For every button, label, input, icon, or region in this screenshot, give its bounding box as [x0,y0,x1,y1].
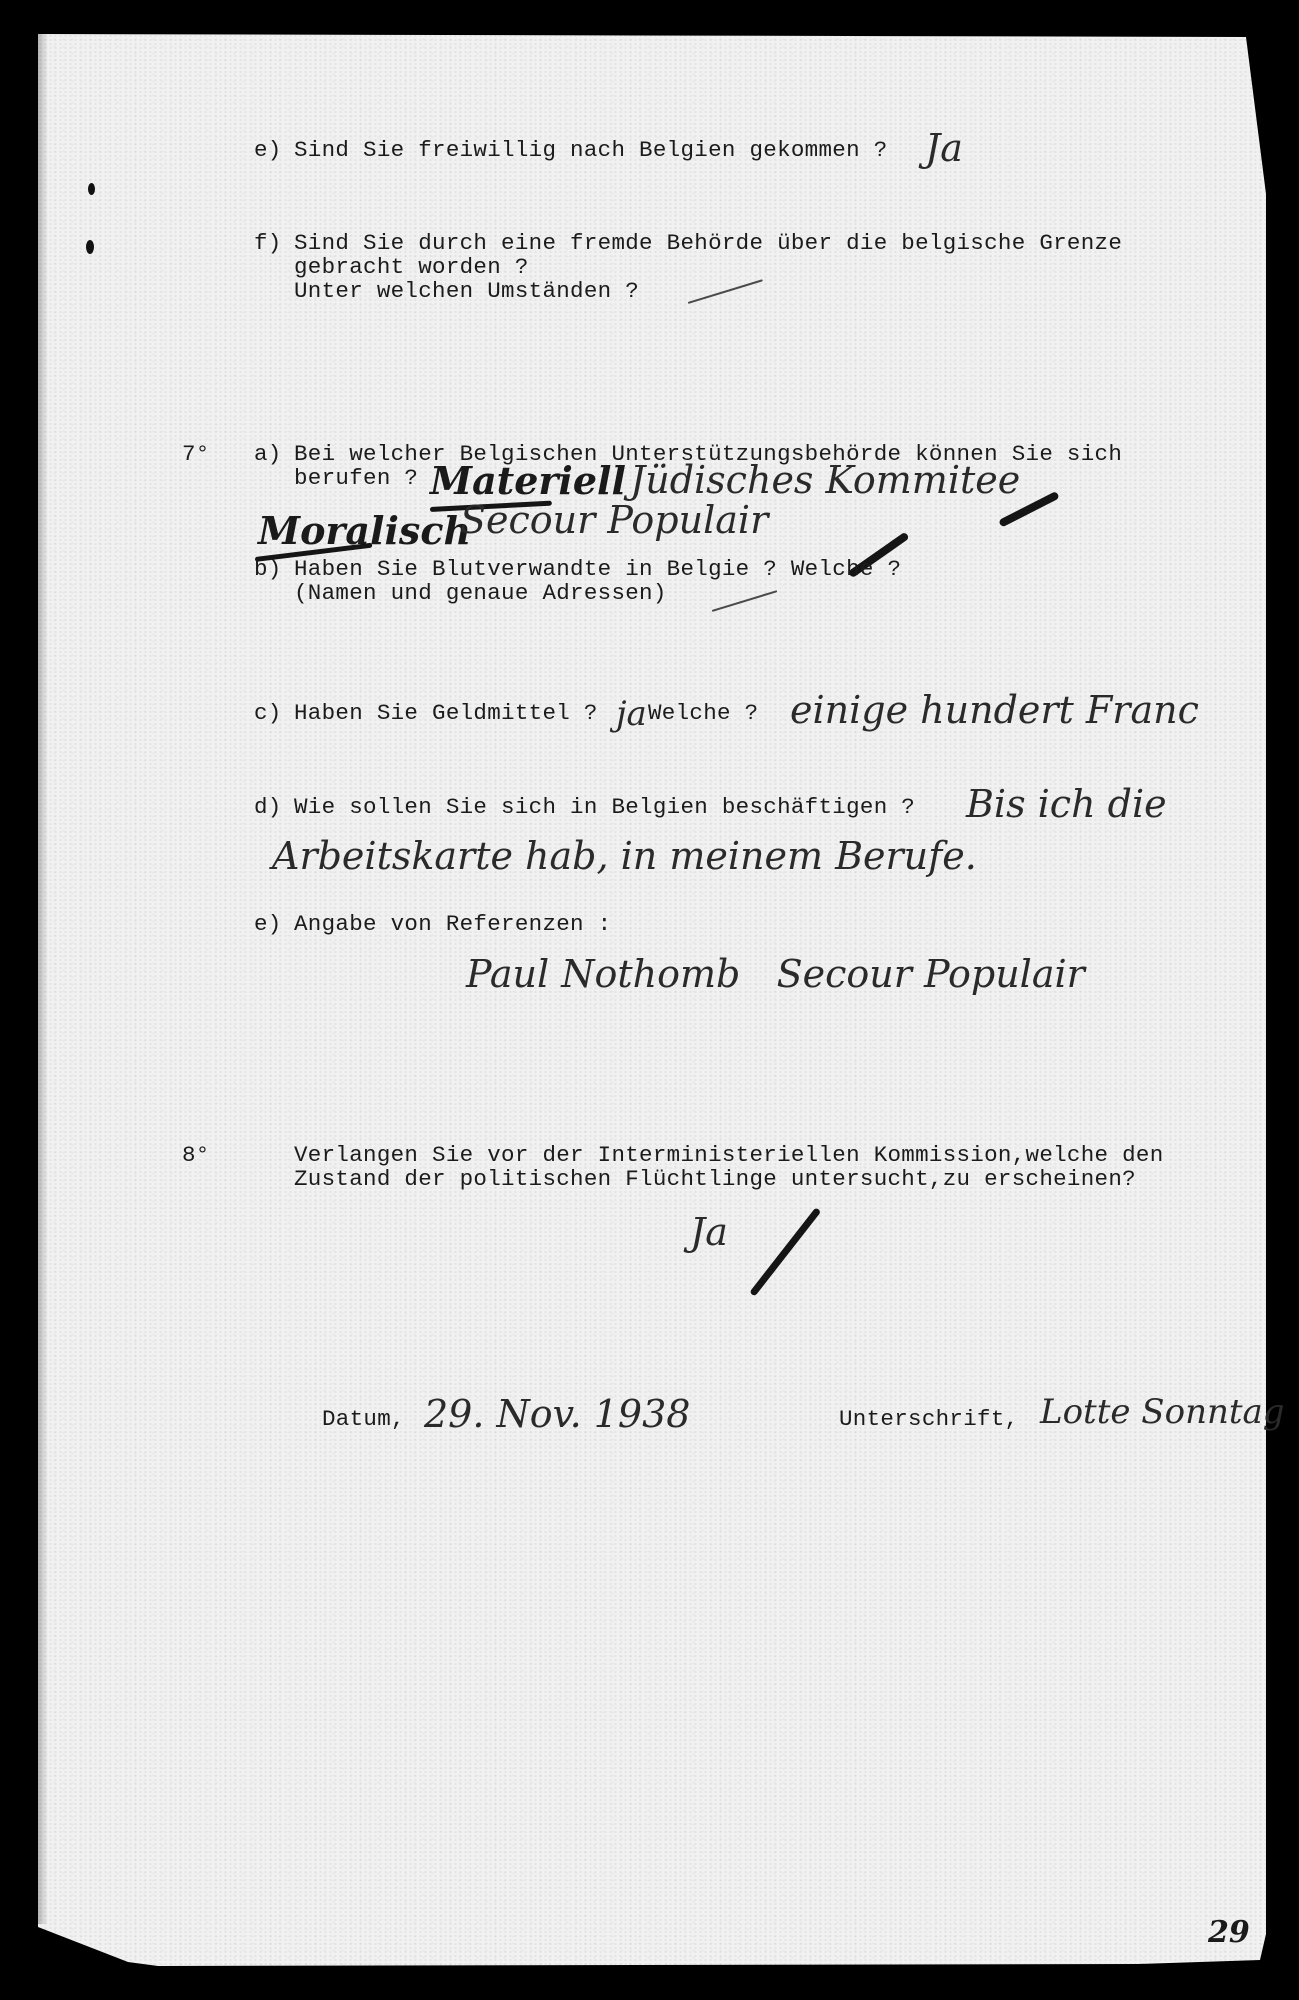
page-number: 29 [1208,1915,1250,1950]
q7a-answer-line2: Secour Populair [460,498,768,542]
q7e-label: e) [254,912,282,936]
q7a-answer-line1: Jüdisches Kommitee [630,458,1020,502]
margin-ink-mark [86,240,94,254]
q6f-question-line1: Sind Sie durch eine fremde Behörde über … [294,231,1122,255]
q8-answer: Ja [690,1210,728,1254]
q7c-inline-answer: ja [616,694,647,734]
q7d-answer-line1: Bis ich die [966,782,1167,826]
q7e-answer: Paul Nothomb Secour Populair [466,952,1085,996]
q7b-question-line1: Haben Sie Blutverwandte in Belgie ? Welc… [294,557,901,581]
date-label: Datum, [322,1407,405,1431]
q7c-question-part1: Haben Sie Geldmittel ? [294,701,598,725]
signature-label: Unterschrift, [839,1407,1018,1431]
q7c-question-part2: Welche ? [648,701,758,725]
q7b-label: b) [254,557,282,581]
q7e-question: Angabe von Referenzen : [294,912,611,936]
q7d-label: d) [254,795,282,819]
q6e-label: e) [254,138,282,162]
section-7-number: 7° [182,442,210,466]
document-page [38,34,1266,1966]
q7b-question-line2: (Namen und genaue Adressen) [294,581,667,605]
q8-question-line2: Zustand der politischen Flüchtlinge unte… [294,1167,1136,1191]
q6f-question-line3: Unter welchen Umständen ? [294,279,639,303]
date-value: 29. Nov. 1938 [424,1392,690,1436]
section-8-number: 8° [182,1143,210,1167]
q7a-answer-material-label: Materiell [430,458,626,503]
q7c-label: c) [254,701,282,725]
signature-value: Lotte Sonntag [1040,1392,1285,1432]
q6f-label: f) [254,231,282,255]
q7a-question-line2: berufen ? [294,466,418,490]
q6e-answer: Ja [925,126,963,170]
margin-ink-mark [88,183,95,195]
q6e-question: Sind Sie freiwillig nach Belgien gekomme… [294,138,888,162]
q6f-question-line2: gebracht worden ? [294,255,529,279]
q7d-answer-line2: Arbeitskarte hab, in meinem Berufe. [272,834,977,878]
q7d-question: Wie sollen Sie sich in Belgien beschäfti… [294,795,915,819]
q7c-answer: einige hundert Franc [790,688,1199,732]
q8-question-line1: Verlangen Sie vor der Interministerielle… [294,1143,1164,1167]
q7a-label: a) [254,442,282,466]
page-edge-shadow [38,34,48,1924]
